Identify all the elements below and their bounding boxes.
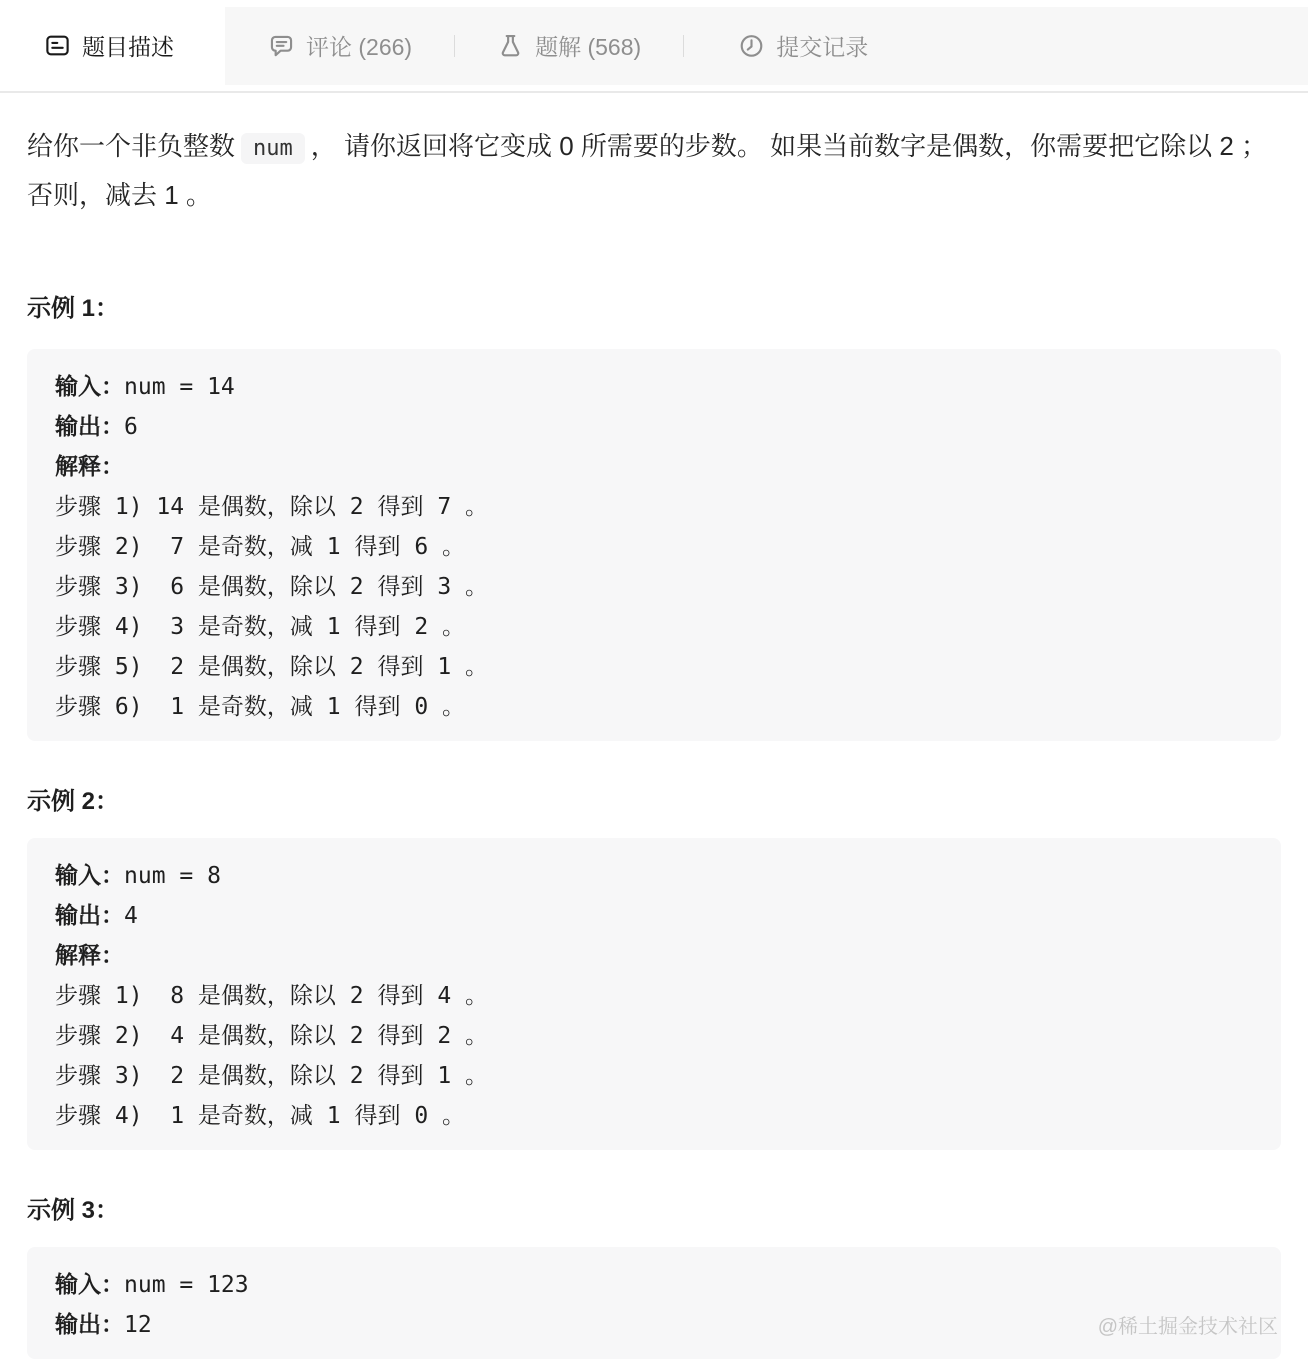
example-2-block: 输入：num = 8 输出：4 解释： 步骤 1) 8 是偶数，除以 2 得到 … — [27, 838, 1281, 1150]
tab-label: 评论 (266) — [306, 29, 412, 62]
example-step-line: 步骤 1) 8 是偶数，除以 2 得到 4 。 — [55, 976, 1261, 1016]
example-output-line: 输出：6 — [55, 407, 1261, 447]
example-explain-line: 解释： — [55, 447, 1261, 487]
tab-label: 题解 (568) — [535, 29, 641, 62]
example-1-block: 输入：num = 14 输出：6 解释： 步骤 1) 14 是偶数，除以 2 得… — [27, 349, 1281, 741]
tab-divider — [683, 35, 684, 57]
example-input-line: 输入：num = 8 — [55, 856, 1261, 896]
input-label: 输入： — [55, 374, 124, 400]
output-label: 输出： — [55, 903, 124, 929]
example-3-block: 输入：num = 123 输出：12 — [27, 1247, 1281, 1359]
example-step-line: 步骤 4) 3 是奇数，减 1 得到 2 。 — [55, 607, 1261, 647]
output-label: 输出： — [55, 414, 124, 440]
problem-content: 给你一个非负整数num， 请你返回将它变成 0 所需要的步数。 如果当前数字是偶… — [0, 123, 1308, 1359]
document-icon — [44, 32, 71, 59]
inline-code-num: num — [241, 133, 305, 164]
example-step-line: 步骤 2) 4 是偶数，除以 2 得到 2 。 — [55, 1016, 1261, 1056]
example-step-line: 步骤 3) 6 是偶数，除以 2 得到 3 。 — [55, 567, 1261, 607]
watermark: @稀土掘金技术社区 — [1098, 1310, 1278, 1339]
input-label: 输入： — [55, 1272, 124, 1298]
example-input-line: 输入：num = 123 — [55, 1265, 1261, 1305]
example-step-line: 步骤 5) 2 是偶数，除以 2 得到 1 。 — [55, 647, 1261, 687]
output-value: 4 — [124, 903, 138, 929]
tab-comments[interactable]: 评论 (266) — [268, 29, 412, 62]
problem-page: 题目描述 评论 (266) — [0, 0, 1308, 1370]
clock-icon — [738, 32, 765, 59]
explain-label: 解释： — [55, 943, 124, 969]
tab-list: 题目描述 评论 (266) — [0, 0, 1308, 91]
comment-icon — [268, 32, 295, 59]
tab-label: 题目描述 — [82, 29, 174, 62]
input-label: 输入： — [55, 863, 124, 889]
example-1-heading: 示例 1： — [27, 294, 1281, 324]
input-value: num = 14 — [124, 374, 235, 400]
statement-text: 否则，减去 1 。 — [27, 180, 212, 210]
input-value: num = 123 — [124, 1272, 249, 1298]
example-explain-line: 解释： — [55, 936, 1261, 976]
tab-solutions[interactable]: 题解 (568) — [497, 29, 641, 62]
tab-label: 提交记录 — [776, 29, 868, 62]
example-step-line: 步骤 2) 7 是奇数，减 1 得到 6 。 — [55, 527, 1261, 567]
tab-divider — [454, 35, 455, 57]
statement-text: ， 请你返回将它变成 0 所需要的步数。 如果当前数字是偶数，你需要把它除以 2… — [311, 131, 1267, 161]
tab-problem-description[interactable]: 题目描述 — [44, 29, 174, 62]
example-input-line: 输入：num = 14 — [55, 367, 1261, 407]
example-step-line: 步骤 4) 1 是奇数，减 1 得到 0 。 — [55, 1096, 1261, 1136]
example-output-line: 输出：4 — [55, 896, 1261, 936]
input-value: num = 8 — [124, 863, 221, 889]
statement-text: 给你一个非负整数 — [27, 131, 235, 161]
example-step-line: 步骤 3) 2 是偶数，除以 2 得到 1 。 — [55, 1056, 1261, 1096]
output-value: 12 — [124, 1312, 152, 1338]
example-output-line: 输出：12 — [55, 1305, 1261, 1345]
example-2-heading: 示例 2： — [27, 787, 1281, 817]
example-3-heading: 示例 3： — [27, 1196, 1281, 1226]
output-value: 6 — [124, 414, 138, 440]
explain-label: 解释： — [55, 454, 124, 480]
tab-bar: 题目描述 评论 (266) — [0, 0, 1308, 93]
example-step-line: 步骤 6) 1 是奇数，减 1 得到 0 。 — [55, 687, 1261, 727]
flask-icon — [497, 32, 524, 59]
problem-statement: 给你一个非负整数num， 请你返回将它变成 0 所需要的步数。 如果当前数字是偶… — [27, 123, 1281, 218]
example-step-line: 步骤 1) 14 是偶数，除以 2 得到 7 。 — [55, 487, 1261, 527]
output-label: 输出： — [55, 1312, 124, 1338]
tab-submissions[interactable]: 提交记录 — [738, 29, 868, 62]
